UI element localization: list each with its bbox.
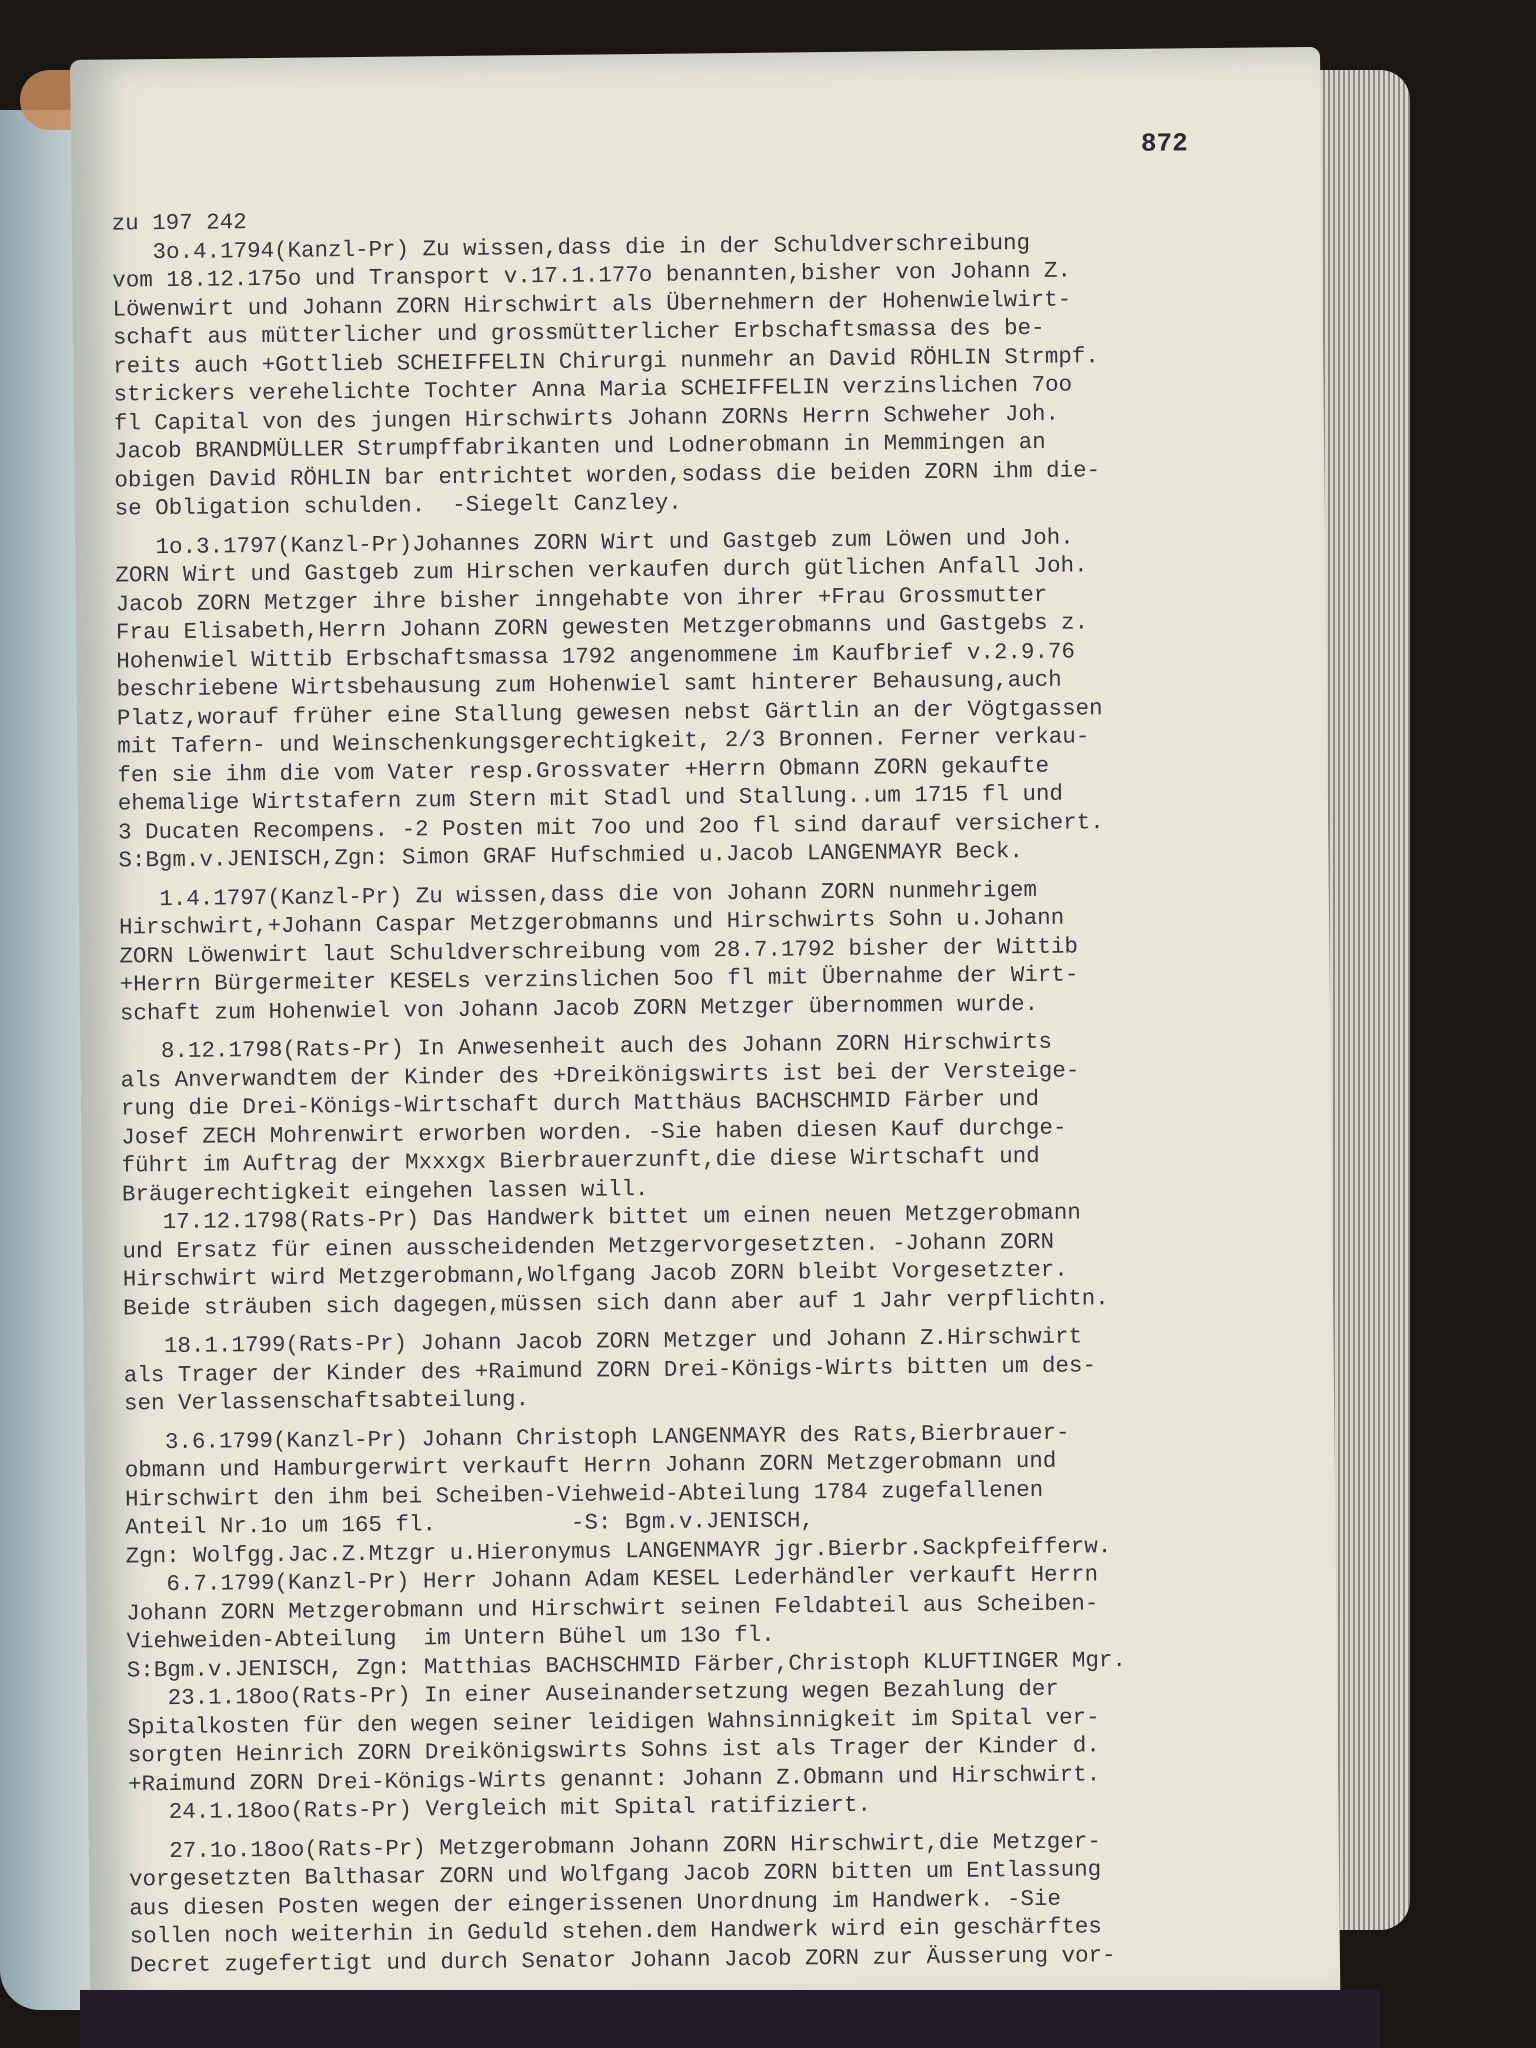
document-entry: zu 197 242 3o.4.1794(Kanzl-Pr) Zu wissen… <box>112 197 1295 523</box>
document-entry: 27.1o.18oo(Rats-Pr) Metzgerobmann Johann… <box>129 1825 1310 1980</box>
document-entry: 18.1.1799(Rats-Pr) Johann Jacob ZORN Met… <box>123 1320 1304 1418</box>
page-content: zu 197 242 3o.4.1794(Kanzl-Pr) Zu wissen… <box>112 197 1311 1989</box>
document-entry: 3.6.1799(Kanzl-Pr) Johann Christoph LANG… <box>124 1416 1308 1827</box>
bottom-shadow <box>80 1990 1380 2048</box>
page-number: 872 <box>1141 128 1188 158</box>
document-entry: 1.4.1797(Kanzl-Pr) Zu wissen,dass die vo… <box>119 873 1300 1028</box>
document-entry: 1o.3.1797(Kanzl-Pr)Johannes ZORN Wirt un… <box>115 521 1299 875</box>
document-entry: 8.12.1798(Rats-Pr) In Anwesenheit auch d… <box>120 1025 1303 1322</box>
document-page: 872 zu 197 242 3o.4.1794(Kanzl-Pr) Zu wi… <box>70 47 1340 2020</box>
